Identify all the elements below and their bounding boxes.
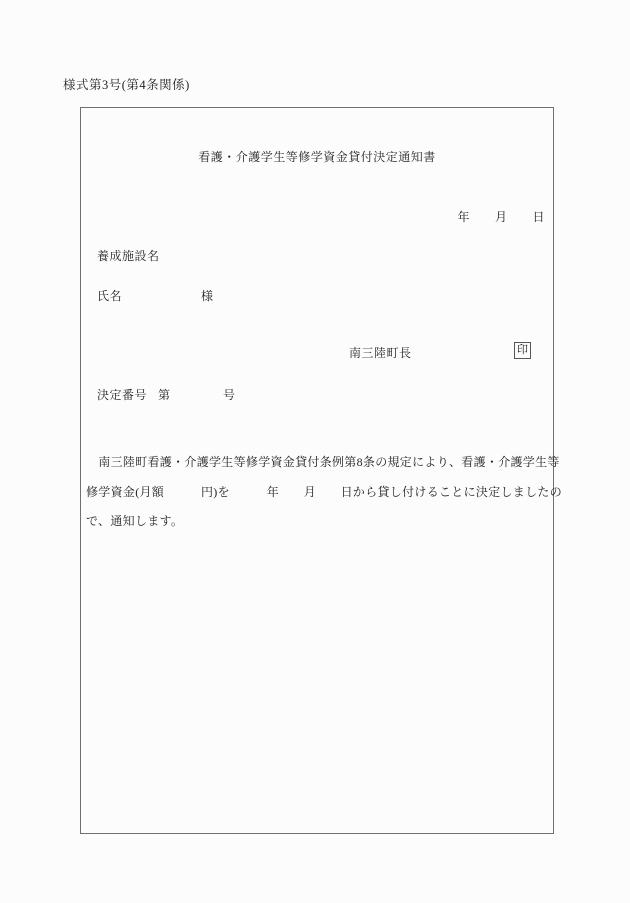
name-label: 氏名 [97,289,122,303]
document-frame: 看護・介護学生等修学資金貸付決定通知書 年 月 日 養成施設名 氏名 様 南三陸… [80,107,554,834]
form-number-label: 様式第3号(第4条関係) [63,77,190,94]
document-title: 看護・介護学生等修学資金貸付決定通知書 [81,149,553,165]
decision-number-line: 決定番号 第 号 [97,387,537,403]
date-line: 年 月 日 [457,209,545,225]
decision-number-label: 決定番号 [97,388,147,402]
seal-mark: 印 [514,342,531,359]
body-line-1: 南三陸町看護・介護学生等修学資金貸付条例第8条の規定により、看護・介護学生等 [86,448,550,478]
decision-number-prefix: 第 [158,387,171,403]
recipient-name-line: 氏名 様 [97,288,537,304]
honorific-label: 様 [201,288,214,304]
decision-number-suffix: 号 [223,387,236,403]
body-line-3: で、通知します。 [86,507,550,537]
mayor-title-label: 南三陸町長 [349,345,412,361]
body-paragraph: 南三陸町看護・介護学生等修学資金貸付条例第8条の規定により、看護・介護学生等 修… [86,448,550,537]
body-line-2: 修学資金(月額 円)を 年 月 日から貸し付けることに決定しましたの [86,478,550,508]
facility-name-label: 養成施設名 [97,248,160,264]
document-page: 様式第3号(第4条関係) 看護・介護学生等修学資金貸付決定通知書 年 月 日 養… [0,0,630,903]
issuer-line: 南三陸町長 印 [81,345,553,365]
